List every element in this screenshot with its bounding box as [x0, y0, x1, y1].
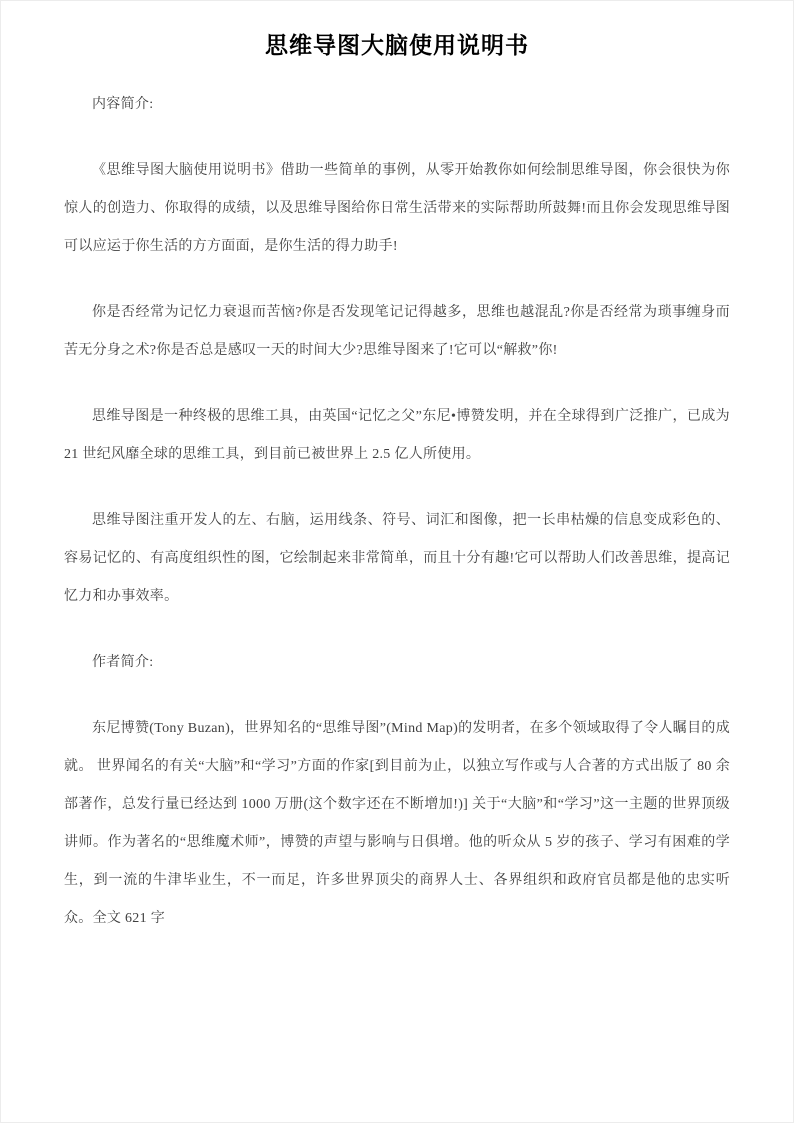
paragraph-tool-benefits: 思维导图注重开发人的左、右脑，运用线条、符号、词汇和图像，把一长串枯燥的信息变成…	[64, 502, 730, 616]
document-body: 内容简介: 《思维导图大脑使用说明书》借助一些简单的事例，从零开始教你如何绘制思…	[1, 58, 793, 938]
paragraph-author-bio: 东尼博赞(Tony Buzan)，世界知名的“思维导图”(Mind Map)的发…	[64, 710, 730, 938]
paragraph-book-overview: 《思维导图大脑使用说明书》借助一些简单的事例，从零开始教你如何绘制思维导图，你会…	[64, 152, 730, 266]
paragraph-reader-questions: 你是否经常为记忆力衰退而苦恼?你是否发现笔记记得越多，思维也越混乱?你是否经常为…	[64, 294, 730, 370]
document-page: 思维导图大脑使用说明书 内容简介: 《思维导图大脑使用说明书》借助一些简单的事例…	[0, 0, 794, 1123]
document-title: 思维导图大脑使用说明书	[1, 1, 793, 58]
section-heading-author-intro: 作者简介:	[64, 644, 730, 682]
section-heading-content-intro: 内容简介:	[64, 86, 730, 124]
paragraph-tool-origin: 思维导图是一种终极的思维工具，由英国“记忆之父”东尼•博赞发明，并在全球得到广泛…	[64, 398, 730, 474]
